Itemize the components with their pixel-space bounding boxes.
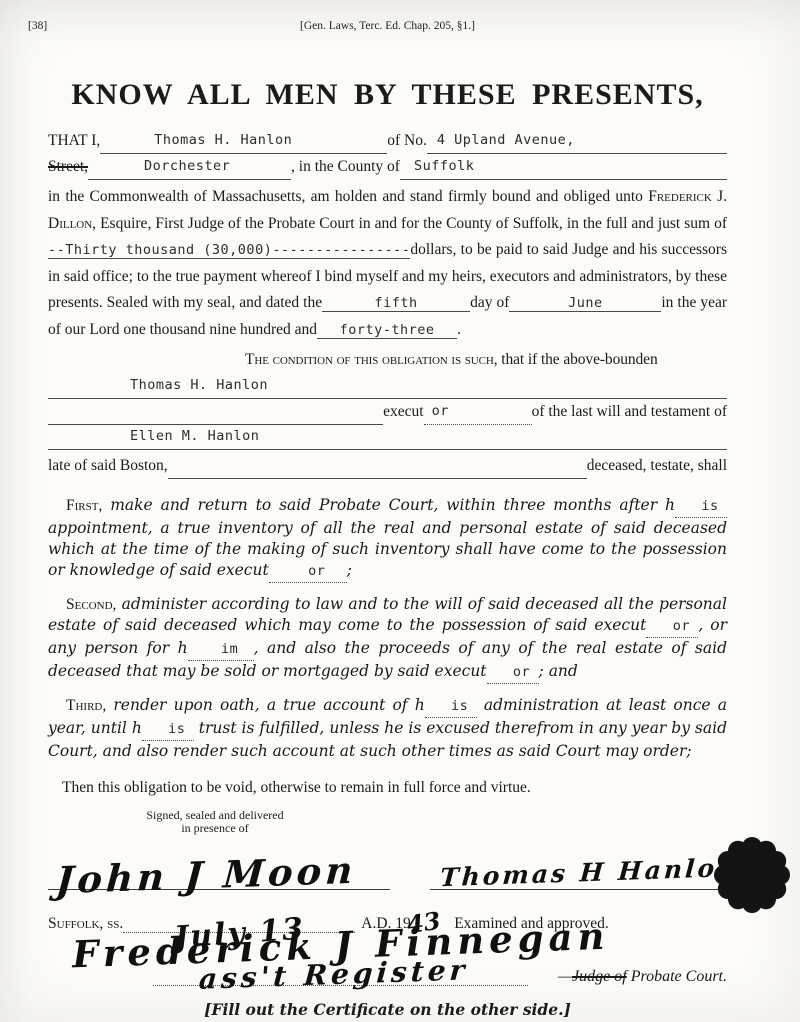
period-mark: .	[457, 321, 461, 338]
condition-rest: that if the above-bounden	[501, 351, 657, 368]
clause-second-tail: ; and	[539, 662, 578, 680]
deceased-label: deceased, testate, shall	[587, 453, 727, 479]
clause-third-label: Third,	[66, 697, 106, 714]
late-label: late of said Boston,	[48, 453, 168, 479]
clause-second-fill2: im	[221, 641, 238, 657]
notary-seal-icon	[713, 830, 791, 923]
execut-label: execut	[383, 399, 423, 425]
street-label-struck: Street,	[48, 154, 88, 180]
clause-second-text1: administer according to law and to the w…	[48, 595, 727, 634]
signature-row: John J Moon Thomas H Hanlon	[48, 837, 727, 890]
condition-lead: The condition of this obligation is such…	[48, 347, 727, 374]
dollars-label: dollars,	[410, 241, 456, 258]
decedent-name-typed: Ellen M. Hanlon	[48, 423, 259, 449]
sum-label: the full and just sum of	[583, 215, 727, 232]
closing-text: Then this obligation to be void, otherwi…	[48, 775, 727, 802]
clause-first-fill2: or	[308, 563, 325, 579]
probate-court-label: Probate Court.	[631, 968, 727, 985]
commonwealth-text: in the Commonwealth of Massachusetts, am…	[48, 188, 643, 205]
condition-smallcaps: The condition of this obligation is such…	[245, 351, 498, 368]
year-typed: forty-three	[340, 322, 435, 338]
that-i-label: THAT I,	[48, 128, 100, 154]
clause-first-tail: ;	[347, 561, 352, 579]
dated-label: and dated the	[239, 294, 322, 311]
late-of-line: late of said Boston, deceased, testate, …	[48, 453, 727, 479]
witness-signature: John J Moon	[55, 848, 358, 903]
principal-signature-line: Thomas H Hanlon	[430, 837, 727, 890]
probate-bond-document: [38] [Gen. Laws, Terc. Ed. Chap. 205, §1…	[0, 0, 800, 1022]
judge-of-probate-label: —Judge of Probate Court.	[528, 968, 727, 986]
clause-first-label: First,	[66, 497, 102, 514]
obligor-city-line: Street, Dorchester , in the County of Su…	[48, 154, 727, 180]
register-title-rule: ass't Register	[153, 955, 528, 986]
day-of-label: day of	[470, 294, 509, 311]
testament-label: of the last will and testament of	[532, 399, 727, 425]
page-header: [38] [Gen. Laws, Terc. Ed. Chap. 205, §1…	[48, 20, 727, 36]
witness-signature-line: John J Moon	[48, 837, 390, 890]
clause-third-fill2: is	[168, 721, 185, 737]
clause-second-fill1: or	[673, 618, 690, 634]
clause-second-label: Second,	[66, 596, 116, 613]
register-title-handwritten: ass't Register	[198, 953, 470, 996]
clause-third: Third, render upon oath, a true account …	[48, 695, 727, 762]
execut-fill-typed: or	[424, 398, 449, 424]
footer-note: [Fill out the Certificate on the other s…	[48, 1000, 727, 1019]
page-number: [38]	[28, 20, 47, 32]
bond-paragraph: in the Commonwealth of Massachusetts, am…	[48, 184, 727, 343]
clause-first: First, make and return to said Probate C…	[48, 495, 727, 583]
judge-text: Esquire, First Judge of the Probate Cour…	[100, 215, 579, 232]
clause-first-text1: make and return to said Probate Court, w…	[110, 496, 675, 514]
clause-third-fill1: is	[451, 698, 468, 714]
judge-of-struck: Judge of	[572, 968, 627, 985]
address-typed: 4 Upland Avenue,	[427, 127, 575, 153]
law-citation: [Gen. Laws, Terc. Ed. Chap. 205, §1.]	[48, 20, 727, 32]
sum-value-typed: --Thirty thousand (30,000)--------------…	[48, 242, 410, 258]
obligor-name-line: THAT I, Thomas H. Hanlon of No. 4 Upland…	[48, 128, 727, 154]
day-typed: fifth	[375, 295, 418, 311]
witness-caption: Signed, sealed and delivered in presence…	[110, 809, 320, 835]
witness-caption-line2: in presence of	[110, 822, 320, 835]
principal-signature: Thomas H Hanlon	[439, 853, 739, 893]
month-typed: June	[568, 295, 603, 311]
lord-label: our Lord one thousand nine hundred and	[65, 321, 317, 338]
clause-first-text2: appointment, a true inventory of all the…	[48, 519, 727, 579]
county-typed: Suffolk	[400, 153, 474, 179]
of-no-label: of No.	[387, 128, 427, 154]
clause-second-fill3: or	[513, 664, 530, 680]
county-label: , in the County of	[291, 154, 400, 180]
condition-principal-line: Thomas H. Hanlon	[48, 374, 727, 399]
decedent-line: Ellen M. Hanlon	[48, 425, 727, 450]
clause-second: Second, administer according to law and …	[48, 594, 727, 684]
principal-name-typed: Thomas H. Hanlon	[100, 127, 292, 153]
condition-principal-typed: Thomas H. Hanlon	[48, 372, 268, 398]
document-title: KNOW ALL MEN BY THESE PRESENTS,	[48, 78, 727, 112]
clause-third-text1: render upon oath, a true account of h	[113, 696, 424, 714]
clause-first-fill1: is	[701, 498, 718, 514]
city-typed: Dorchester	[88, 153, 230, 179]
executor-line: execut or of the last will and testament…	[48, 399, 727, 425]
